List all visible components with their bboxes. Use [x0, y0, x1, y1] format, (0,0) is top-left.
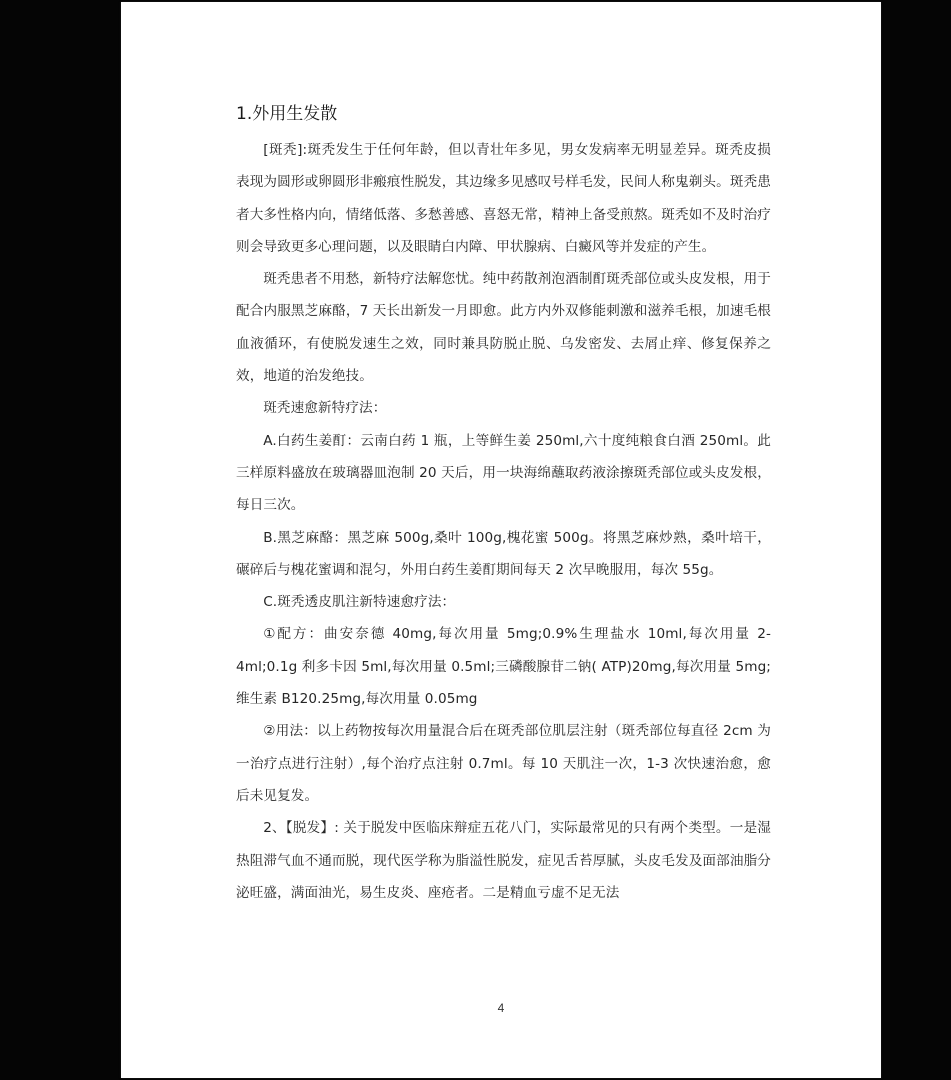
- paragraph-recipe-a: A.白药生姜酊：云南白药 1 瓶，上等鲜生姜 250ml,六十度纯粮食白酒 25…: [236, 425, 771, 522]
- document-viewer: 1.外用生发散 [斑秃]:斑秃发生于任何年龄，但以青壮年多见，男女发病率无明显差…: [0, 0, 951, 1080]
- paragraph-formula: ①配方：曲安奈德 40mg,每次用量 5mg;0.9%生理盐水 10ml,每次用…: [236, 618, 771, 715]
- paragraph-treatment-overview: 斑秃患者不用愁，新特疗法解您忧。纯中药散剂泡酒制酊斑秃部位或头皮发根，用于配合内…: [236, 263, 771, 392]
- paragraph-recipe-b: B.黑芝麻酪：黑芝麻 500g,桑叶 100g,槐花蜜 500g。将黑芝麻炒熟，…: [236, 522, 771, 587]
- paragraph-alopecia-intro: [斑秃]:斑秃发生于任何年龄，但以青壮年多见，男女发病率无明显差异。斑秃皮损表现…: [236, 134, 771, 263]
- page-number: 4: [121, 1001, 881, 1015]
- paragraph-usage: ②用法：以上药物按每次用量混合后在斑秃部位肌层注射（斑秃部位每直径 2cm 为一…: [236, 715, 771, 812]
- paragraph-recipe-c-title: C.斑秃透皮肌注新特速愈疗法：: [236, 586, 771, 618]
- paragraph-hair-loss: 2、【脱发】: 关于脱发中医临床辩症五花八门，实际最常见的只有两个类型。一是湿热…: [236, 812, 771, 909]
- paragraph-therapy-title: 斑秃速愈新特疗法：: [236, 392, 771, 424]
- page-content: 1.外用生发散 [斑秃]:斑秃发生于任何年龄，但以青壮年多见，男女发病率无明显差…: [236, 102, 771, 909]
- section-heading: 1.外用生发散: [236, 102, 771, 126]
- document-page: 1.外用生发散 [斑秃]:斑秃发生于任何年龄，但以青壮年多见，男女发病率无明显差…: [121, 2, 881, 1078]
